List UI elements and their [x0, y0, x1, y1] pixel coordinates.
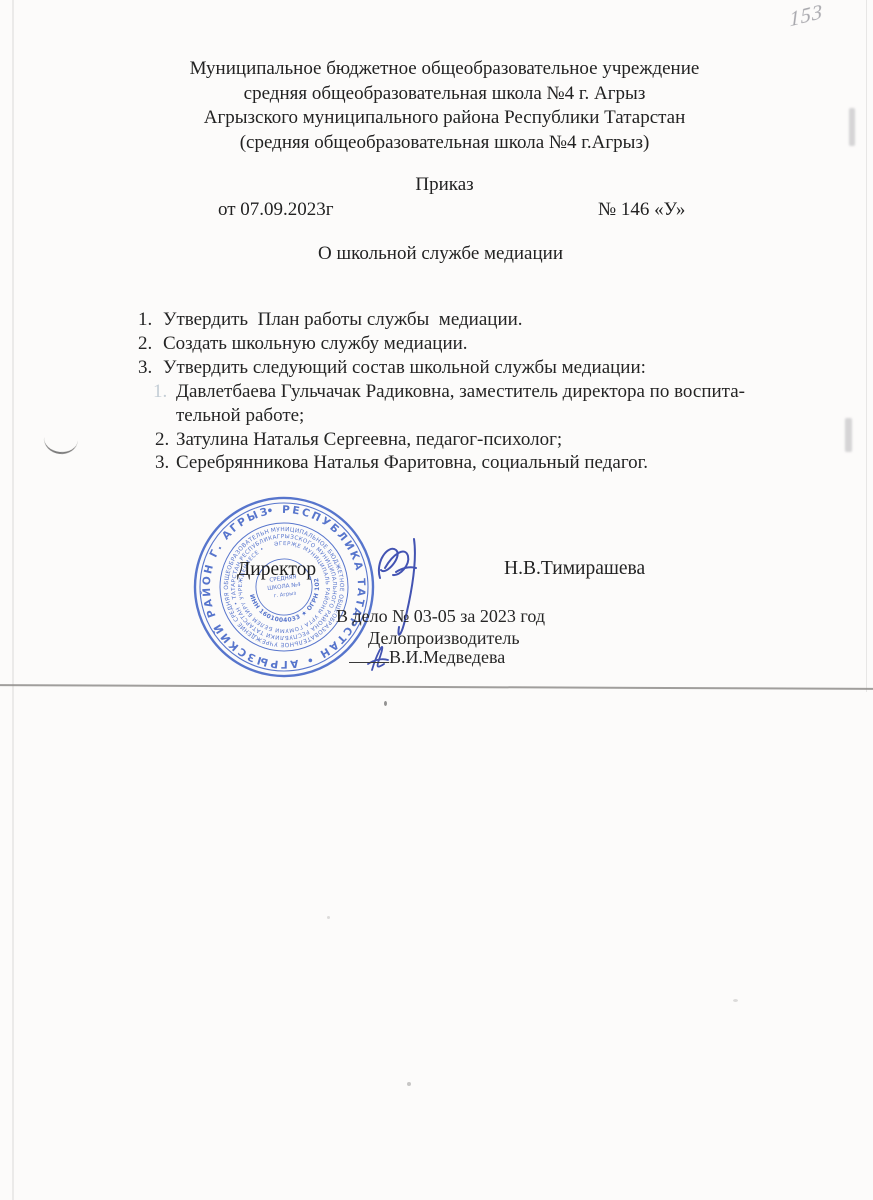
list-item-text: Утвердить План работы службы медиации.	[163, 308, 803, 332]
scanned-document-page: 153 Муниципальное бюджетное общеобразова…	[0, 0, 873, 1200]
order-date: от 07.09.2023г	[218, 199, 334, 221]
scan-speck	[407, 1082, 411, 1086]
clerk-role-label: Делопроизводитель	[368, 628, 520, 649]
list-item-text: Создать школьную службу медиации.	[163, 332, 803, 356]
scan-speck	[733, 999, 738, 1002]
list-item-number: 3.	[138, 356, 152, 380]
sub-list-item-text: Затулина Наталья Сергеевна, педагог-псих…	[176, 428, 816, 452]
scan-speck	[327, 916, 330, 919]
list-item-number: 1.	[138, 308, 152, 332]
org-line-2: средняя общеобразовательная школа №4 г. …	[8, 82, 873, 107]
handwritten-page-number: 153	[789, 0, 823, 32]
scan-arc-artifact	[43, 422, 80, 455]
scan-divider-line	[0, 684, 873, 690]
clerk-name: В.И.Медведева	[389, 647, 505, 667]
clerk-signature-row: В.И.Медведева	[349, 647, 505, 668]
scan-smudge	[845, 418, 852, 452]
document-type: Приказ	[8, 174, 873, 196]
director-role-label: Директор	[237, 559, 316, 581]
sub-list-item-number: 3.	[155, 451, 169, 475]
list-item-text: Утвердить следующий состав школьной служ…	[163, 356, 803, 380]
stamp-center-line-2: ШКОЛА №4	[267, 582, 301, 592]
org-line-1: Муниципальное бюджетное общеобразователь…	[8, 57, 873, 82]
list-item-number: 2.	[138, 332, 152, 356]
org-line-3: Агрызского муниципального района Республ…	[8, 106, 873, 131]
sub-list-item-text: Давлетбаева Гульчачак Радиковна, замести…	[176, 380, 816, 428]
sub-list-item-number: 2.	[155, 428, 169, 452]
stamp-center-line-3: г. Агрыз	[273, 591, 296, 600]
org-line-4: (средняя общеобразовательная школа №4 г.…	[8, 131, 873, 156]
organization-header: Муниципальное бюджетное общеобразователь…	[8, 57, 873, 155]
scan-speck	[384, 701, 387, 706]
director-name: Н.В.Тимирашева	[504, 558, 645, 580]
sub-list-item-number: 1.	[153, 380, 167, 404]
scan-smudge	[849, 108, 855, 146]
order-number: № 146 «У»	[598, 199, 685, 221]
filing-note: В дело № 03-05 за 2023 год	[336, 606, 545, 627]
signature-blank-line	[349, 647, 389, 663]
sub-list-item-text: Серебрянникова Наталья Фаритовна, социал…	[176, 451, 816, 475]
document-title: О школьной службе медиации	[4, 243, 873, 265]
